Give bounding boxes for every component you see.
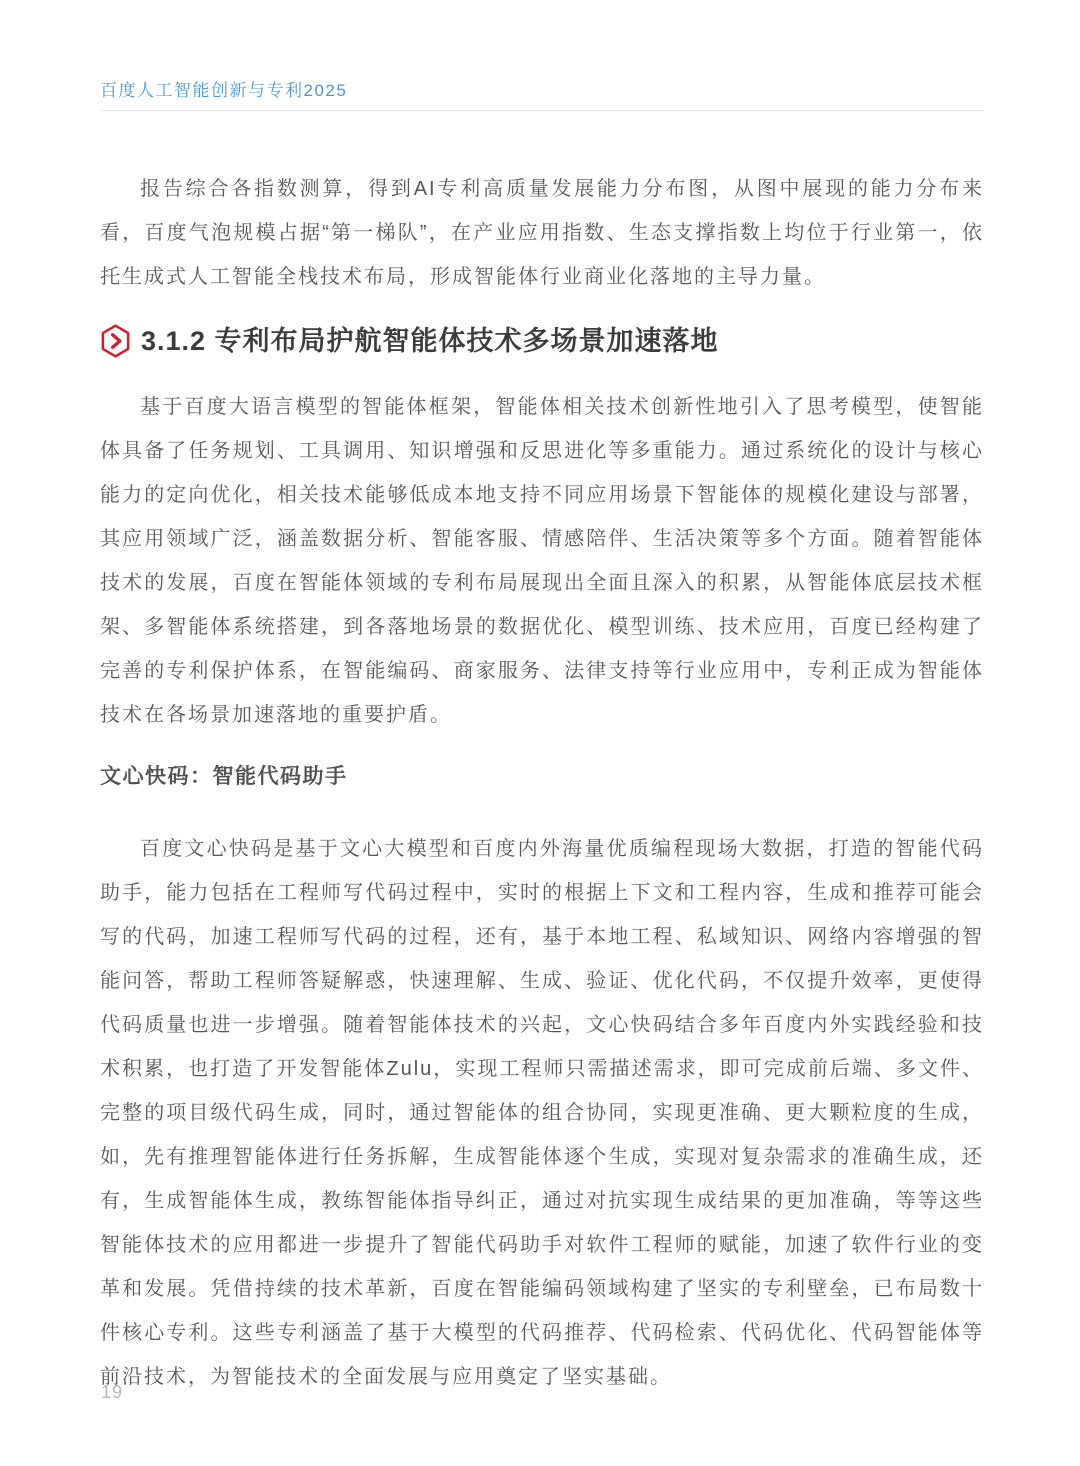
intro-paragraph: 报告综合各指数测算，得到AI专利高质量发展能力分布图，从图中展现的能力分布来看，…: [100, 167, 984, 299]
document-title: 百度人工智能创新与专利2025: [100, 81, 347, 100]
document-page: 百度人工智能创新与专利2025 报告综合各指数测算，得到AI专利高质量发展能力分…: [0, 0, 1080, 1466]
section-paragraph: 基于百度大语言模型的智能体框架，智能体相关技术创新性地引入了思考模型，使智能体具…: [100, 385, 984, 737]
subsection-paragraph: 百度文心快码是基于文心大模型和百度内外海量优质编程现场大数据，打造的智能代码助手…: [100, 827, 984, 1399]
section-heading-row: 3.1.2 专利布局护航智能体技术多场景加速落地: [100, 321, 984, 361]
running-header: 百度人工智能创新与专利2025: [100, 0, 984, 111]
section-heading: 3.1.2 专利布局护航智能体技术多场景加速落地: [141, 321, 719, 361]
subsection-heading: 文心快码：智能代码助手: [100, 762, 984, 792]
page-number: 19: [101, 1382, 123, 1403]
hexagon-chevron-right-icon: [100, 323, 131, 359]
